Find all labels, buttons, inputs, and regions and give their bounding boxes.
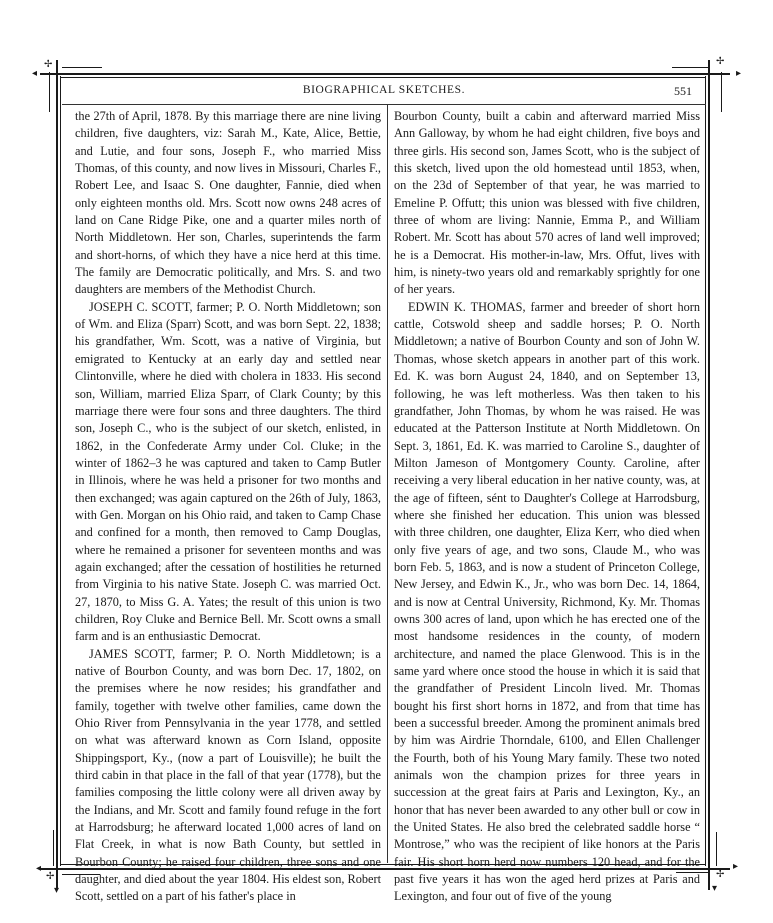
frame-right-inner-rule (705, 76, 706, 866)
top-left-flourish-line (62, 67, 102, 68)
column-divider (387, 105, 388, 863)
top-left-arrow-icon: ◂ (32, 69, 37, 79)
top-right-corner-ornament-icon: ✢ (716, 57, 724, 67)
bottom-left-side-flourish (53, 830, 54, 866)
top-right-flourish-line (672, 67, 708, 68)
bottom-left-down-arrow-icon: ▾ (54, 886, 59, 896)
frame-left-inner-rule (60, 76, 61, 866)
running-head: BIOGRAPHICAL SKETCHES. 551 (62, 80, 706, 102)
left-column: the 27th of April, 1878. By this marriag… (75, 108, 381, 906)
header-rule (62, 104, 706, 105)
paragraph-continuation-scott-family: the 27th of April, 1878. By this marriag… (75, 108, 381, 299)
right-column: Bourbon County, built a cabin and afterw… (394, 108, 700, 906)
top-right-arrow-icon: ▸ (736, 69, 741, 79)
frame-top-rule (40, 73, 730, 75)
frame-top-inner-rule (60, 77, 706, 78)
bottom-right-arrow-icon: ▸ (733, 862, 738, 872)
paragraph-edwin-k-thomas: EDWIN K. THOMAS, farmer and breeder of s… (394, 299, 700, 906)
page-number: 551 (674, 84, 692, 99)
top-left-corner-ornament-icon: ✢ (44, 60, 52, 70)
top-right-side-flourish (721, 72, 722, 112)
bottom-left-arrow-icon: ◂ (36, 864, 41, 874)
page-title: BIOGRAPHICAL SKETCHES. (62, 84, 706, 96)
bottom-left-corner-ornament-icon: ✢ (46, 872, 54, 882)
frame-right-rule (708, 60, 710, 890)
bottom-right-down-arrow-icon: ▾ (712, 884, 717, 894)
frame-left-rule (56, 60, 58, 890)
paragraph-james-scott: JAMES SCOTT, farmer; P. O. North Middlet… (75, 646, 381, 906)
paragraph-joseph-c-scott: JOSEPH C. SCOTT, farmer; P. O. North Mid… (75, 299, 381, 646)
top-left-side-flourish (49, 72, 50, 112)
bottom-right-corner-ornament-icon: ✢ (716, 870, 724, 880)
bottom-right-side-flourish (716, 832, 717, 866)
paragraph-james-scott-continued: Bourbon County, built a cabin and afterw… (394, 108, 700, 299)
